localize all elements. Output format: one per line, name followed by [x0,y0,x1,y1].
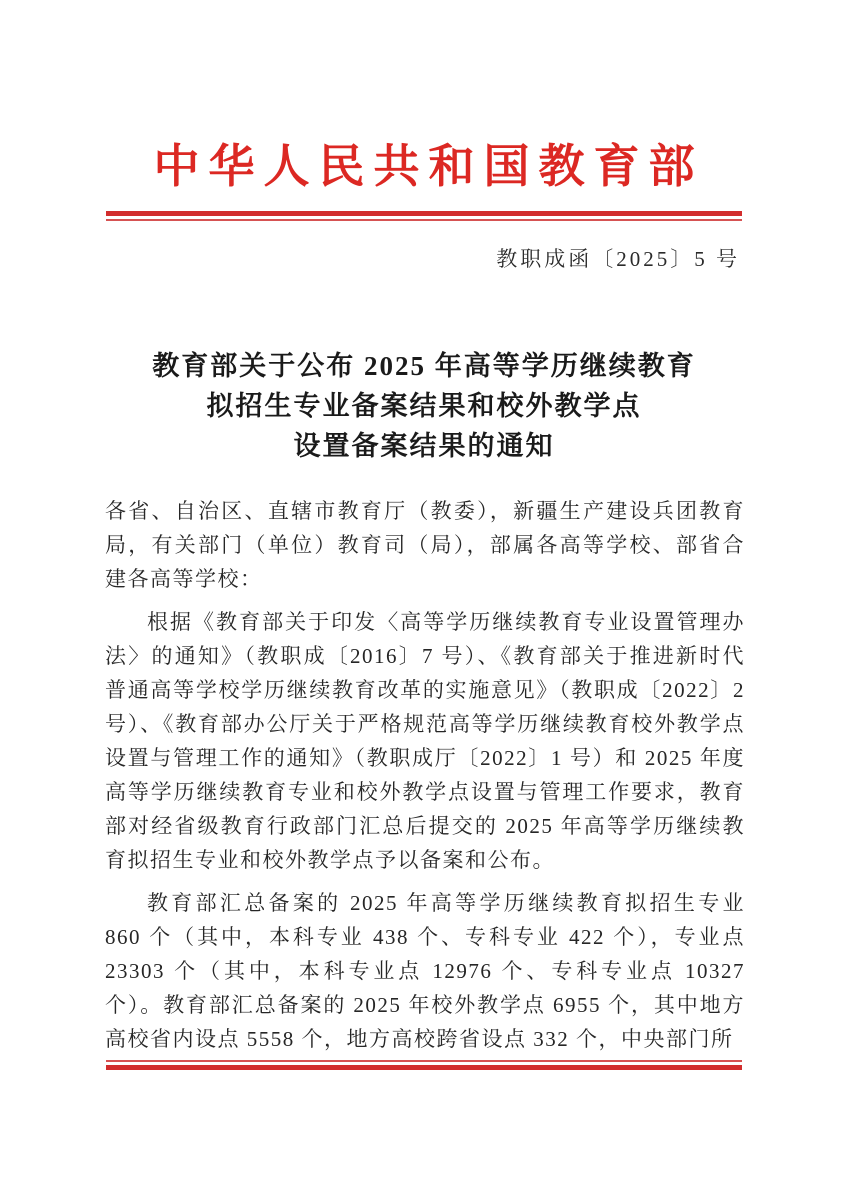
document-title: 教育部关于公布 2025 年高等学历继续教育 拟招生专业备案结果和校外教学点 设… [0,346,848,466]
document-page: 中华人民共和国教育部 教职成函〔2025〕5 号 教育部关于公布 2025 年高… [0,0,848,1200]
title-line-1: 教育部关于公布 2025 年高等学历继续教育 [0,346,848,386]
masthead-rule-thin [106,219,742,221]
paragraph-statistics: 教育部汇总备案的 2025 年高等学历继续教育拟招生专业 860 个（其中，本科… [105,886,745,1056]
document-number: 教职成函〔2025〕5 号 [496,243,740,273]
salutation: 各省、自治区、直辖市教育厅（教委），新疆生产建设兵团教育局，有关部门（单位）教育… [105,494,745,596]
paragraph-legal-basis: 根据《教育部关于印发〈高等学历继续教育专业设置管理办法〉的通知》（教职成〔201… [105,605,745,877]
agency-masthead: 中华人民共和国教育部 [0,130,848,196]
footer-rule-thick [106,1065,742,1070]
title-line-2: 拟招生专业备案结果和校外教学点 [0,386,848,426]
footer-rule [106,1060,742,1070]
title-line-3: 设置备案结果的通知 [0,426,848,466]
document-body: 各省、自治区、直辖市教育厅（教委），新疆生产建设兵团教育局，有关部门（单位）教育… [105,494,745,1065]
masthead-rule [106,211,742,221]
